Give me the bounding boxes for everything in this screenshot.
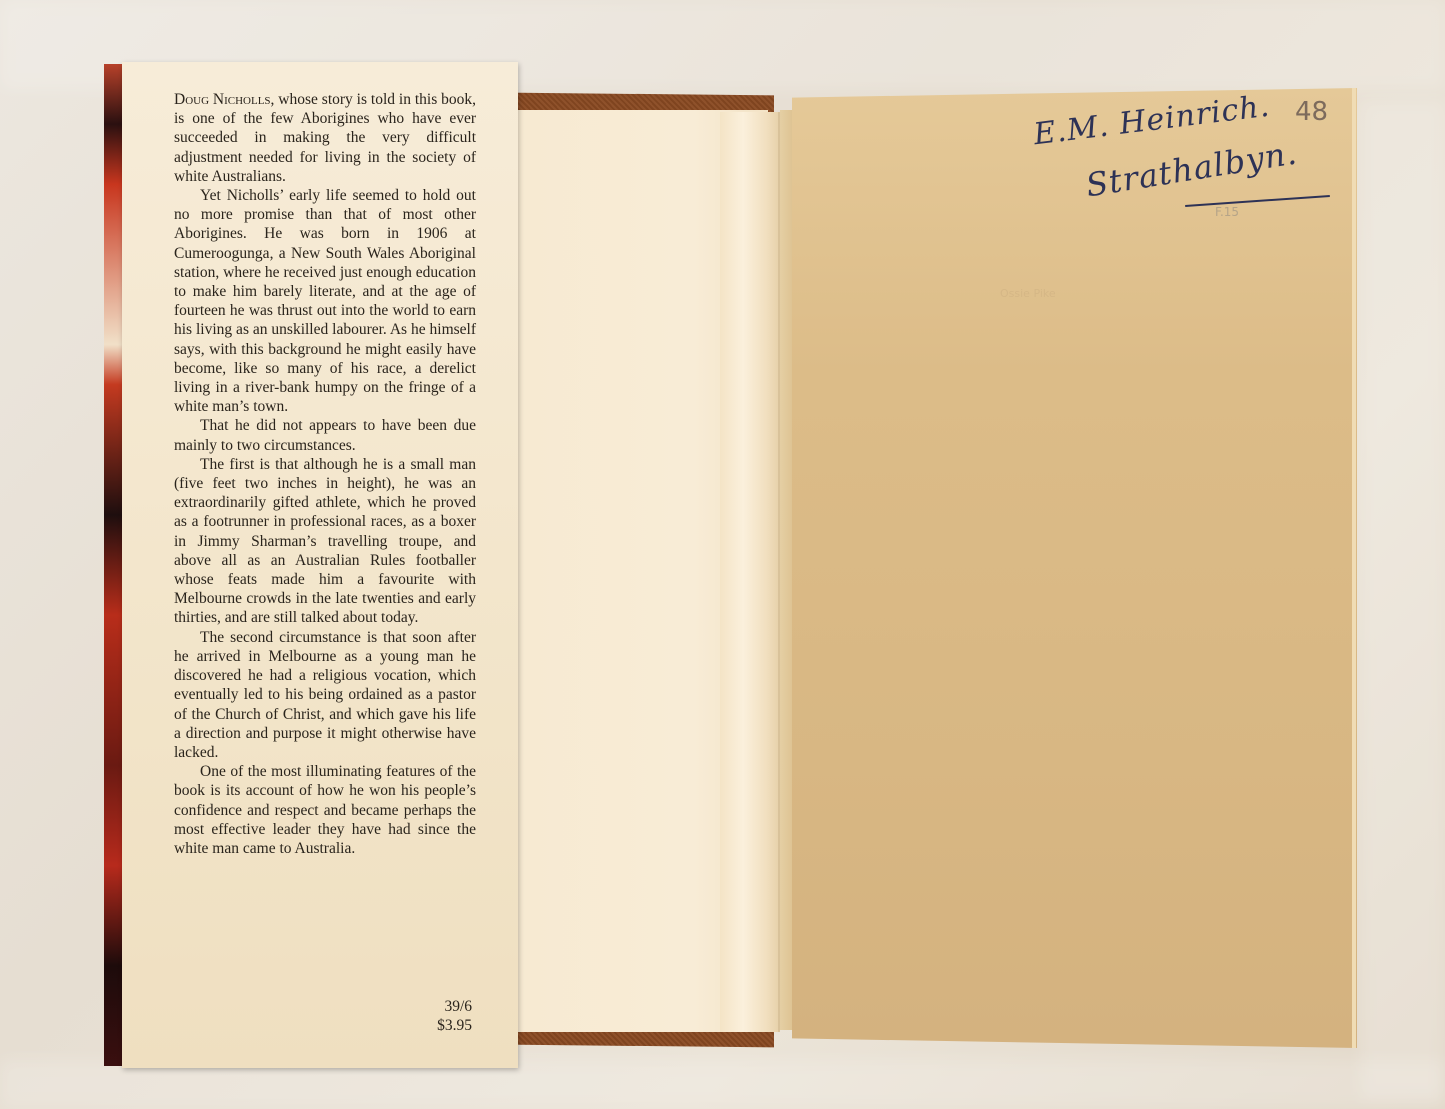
free-endpaper: [792, 88, 1357, 1048]
jacket-price: 39/6 $3.95: [437, 997, 472, 1035]
book-photo-scene: E.M. Heinrich. 48 Strathalbyn. F.15 Ossi…: [0, 0, 1445, 1109]
book-hinge: [720, 112, 778, 1032]
owner-inscription: E.M. Heinrich. 48 Strathalbyn.: [1025, 95, 1345, 225]
blurb-paragraph: The second circumstance is that soon aft…: [174, 628, 476, 762]
blurb-paragraph: Yet Nicholls’ early life seemed to hold …: [174, 186, 476, 416]
blurb-lead-name: Doug Nicholls: [174, 91, 271, 108]
price-decimal: $3.95: [437, 1016, 472, 1035]
ghost-offset-text: Ossie Pike: [1000, 287, 1056, 300]
endpaper-edge: [1352, 88, 1356, 1048]
jacket-blurb: Doug Nicholls, whose story is told in th…: [174, 90, 476, 858]
inscription-place: Strathalbyn.: [1083, 134, 1300, 205]
price-pre-decimal: 39/6: [437, 997, 472, 1016]
blurb-paragraph: One of the most illuminating features of…: [174, 762, 476, 858]
pencil-mark: F.15: [1215, 205, 1239, 219]
blurb-paragraph: The first is that although he is a small…: [174, 455, 476, 628]
blurb-paragraph: That he did not appears to have been due…: [174, 416, 476, 454]
blurb-paragraph: Doug Nicholls, whose story is told in th…: [174, 90, 476, 186]
cloth-fold-right: [1360, 100, 1445, 1100]
dust-jacket-flap: Doug Nicholls, whose story is told in th…: [122, 62, 518, 1068]
inscription-number: 48: [1295, 97, 1328, 127]
inscription-underline: [1185, 195, 1330, 207]
